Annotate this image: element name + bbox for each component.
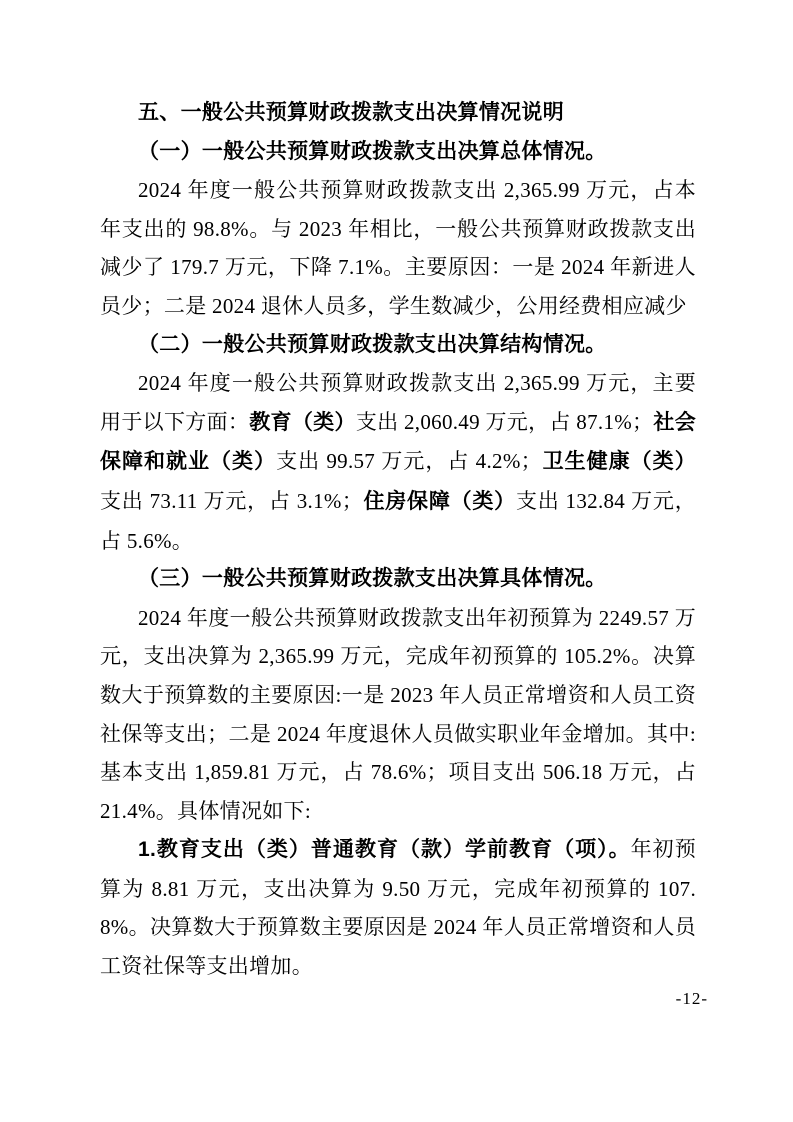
subsection-heading-1: （一）一般公共预算财政拨款支出决算总体情况。 [100, 133, 696, 172]
category-housing: 住房保障（类） [363, 490, 516, 513]
page-number: -12- [676, 988, 708, 1010]
paragraph-text: 支出 73.11 万元，占 3.1%； [100, 489, 363, 513]
item-1-title: 1.教育支出（类）普通教育（款）学前教育（项）。 [138, 838, 631, 861]
subsection-heading-2: （二）一般公共预算财政拨款支出决算结构情况。 [100, 326, 696, 365]
paragraph-text: 2024 年度一般公共预算财政拨款支出 2,365.99 万元，占本年支出的 9… [100, 178, 696, 318]
subsection-heading-2-text: （二）一般公共预算财政拨款支出决算结构情况。 [138, 333, 607, 356]
paragraph-text: 支出 2,060.49 万元，占 87.1%； [356, 410, 654, 434]
subsection-heading-3-text: （三）一般公共预算财政拨款支出决算具体情况。 [138, 567, 607, 590]
category-health: 卫生健康（类） [542, 450, 696, 473]
document-page: 五、一般公共预算财政拨款支出决算情况说明 （一）一般公共预算财政拨款支出决算总体… [0, 0, 793, 1122]
document-body: 五、一般公共预算财政拨款支出决算情况说明 （一）一般公共预算财政拨款支出决算总体… [100, 94, 696, 986]
paragraph-specific-situation: 2024 年度一般公共预算财政拨款支出年初预算为 2249.57 万元，支出决算… [100, 599, 696, 831]
paragraph-overall-situation: 2024 年度一般公共预算财政拨款支出 2,365.99 万元，占本年支出的 9… [100, 171, 696, 325]
subsection-heading-1-text: （一）一般公共预算财政拨款支出决算总体情况。 [138, 140, 607, 163]
paragraph-item-1-preschool-education: 1.教育支出（类）普通教育（款）学前教育（项）。年初预算为 8.81 万元，支出… [100, 830, 696, 985]
paragraph-structure-situation: 2024 年度一般公共预算财政拨款支出 2,365.99 万元，主要用于以下方面… [100, 364, 696, 560]
section-heading-text: 五、一般公共预算财政拨款支出决算情况说明 [138, 101, 564, 124]
section-heading: 五、一般公共预算财政拨款支出决算情况说明 [100, 94, 696, 133]
subsection-heading-3: （三）一般公共预算财政拨款支出决算具体情况。 [100, 560, 696, 599]
paragraph-text: 2024 年度一般公共预算财政拨款支出年初预算为 2249.57 万元，支出决算… [100, 606, 696, 823]
paragraph-text: 支出 99.57 万元，占 4.2%； [276, 449, 542, 473]
category-education: 教育（类） [249, 411, 356, 434]
